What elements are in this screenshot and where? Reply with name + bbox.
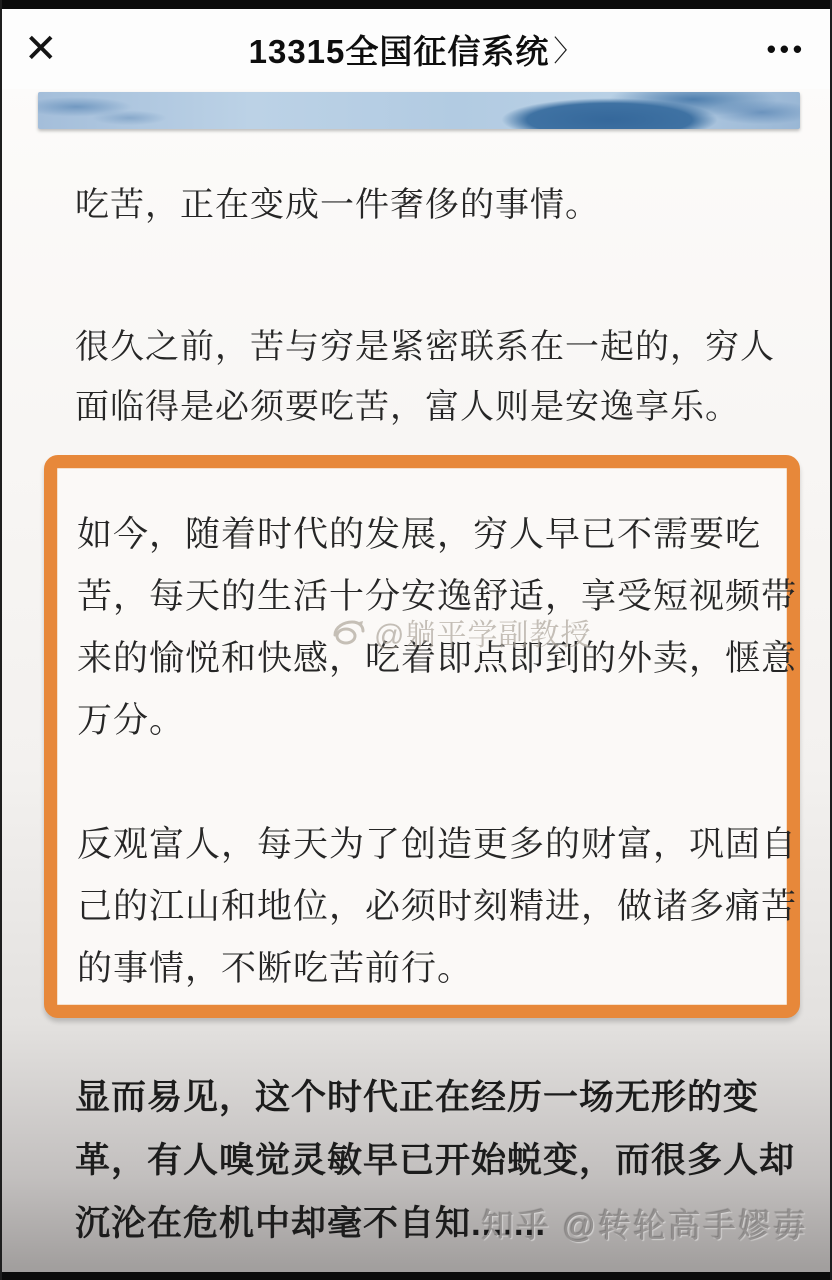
highlight-box: 如今，随着时代的发展，穷人早已不需要吃苦，每天的生活十分安逸舒适，享受短视频带来… <box>44 455 800 1018</box>
top-letterbox-bar <box>0 0 832 9</box>
highlight-paragraph-1: 如今，随着时代的发展，穷人早已不需要吃苦，每天的生活十分安逸舒适，享受短视频带来… <box>77 504 767 752</box>
page-title: 13315全国征信系统 <box>249 26 550 73</box>
banner-image[interactable] <box>38 92 800 129</box>
text-line: 沉沦在危机中却毫不自知....... <box>75 1192 795 1255</box>
text-line: 来的愉悦和快感，吃着即点即到的外卖，惬意 <box>77 628 767 690</box>
text-line: 的事情，不断吃苦前行。 <box>77 938 767 1000</box>
article-paragraph-1: 吃苦，正在变成一件奢侈的事情。 <box>75 175 600 235</box>
close-icon: ✕ <box>24 29 58 69</box>
highlight-paragraph-2: 反观富人，每天为了创造更多的财富，巩固自己的江山和地位，必须时刻精进，做诸多痛苦… <box>77 814 767 1000</box>
account-title[interactable]: 13315全国征信系统 〉 <box>249 26 584 73</box>
text-line: 很久之前，苦与穷是紧密联系在一起的，穷人 <box>75 317 775 377</box>
text-line: 己的江山和地位，必须时刻精进，做诸多痛苦 <box>77 876 767 938</box>
article-header: ✕ 13315全国征信系统 〉 ••• <box>2 9 830 89</box>
text-line: 万分。 <box>77 690 767 752</box>
text-line: 反观富人，每天为了创造更多的财富，巩固自 <box>77 814 767 876</box>
chevron-right-icon: 〉 <box>553 29 583 70</box>
text-line: 吃苦，正在变成一件奢侈的事情。 <box>75 175 600 235</box>
text-line: 面临得是必须要吃苦，富人则是安逸享乐。 <box>75 377 775 437</box>
text-line: 如今，随着时代的发展，穷人早已不需要吃 <box>77 504 767 566</box>
ellipsis-icon: ••• <box>767 34 806 65</box>
bottom-letterbox-bar <box>0 1272 832 1280</box>
more-button[interactable]: ••• <box>767 9 806 89</box>
text-line: 苦，每天的生活十分安逸舒适，享受短视频带 <box>77 566 767 628</box>
wechat-article-screen: ✕ 13315全国征信系统 〉 ••• 吃苦，正在变成一件奢侈的事情。 很久之前… <box>0 0 832 1280</box>
article-paragraph-3: 显而易见，这个时代正在经历一场无形的变革，有人嗅觉灵敏早已开始蜕变，而很多人却沉… <box>75 1066 795 1255</box>
highlight-box-content: 如今，随着时代的发展，穷人早已不需要吃苦，每天的生活十分安逸舒适，享受短视频带来… <box>57 468 787 1000</box>
text-line: 显而易见，这个时代正在经历一场无形的变 <box>75 1066 795 1129</box>
text-line: 革，有人嗅觉灵敏早已开始蜕变，而很多人却 <box>75 1129 795 1192</box>
close-button[interactable]: ✕ <box>24 9 58 89</box>
article-paragraph-2: 很久之前，苦与穷是紧密联系在一起的，穷人面临得是必须要吃苦，富人则是安逸享乐。 <box>75 317 775 437</box>
